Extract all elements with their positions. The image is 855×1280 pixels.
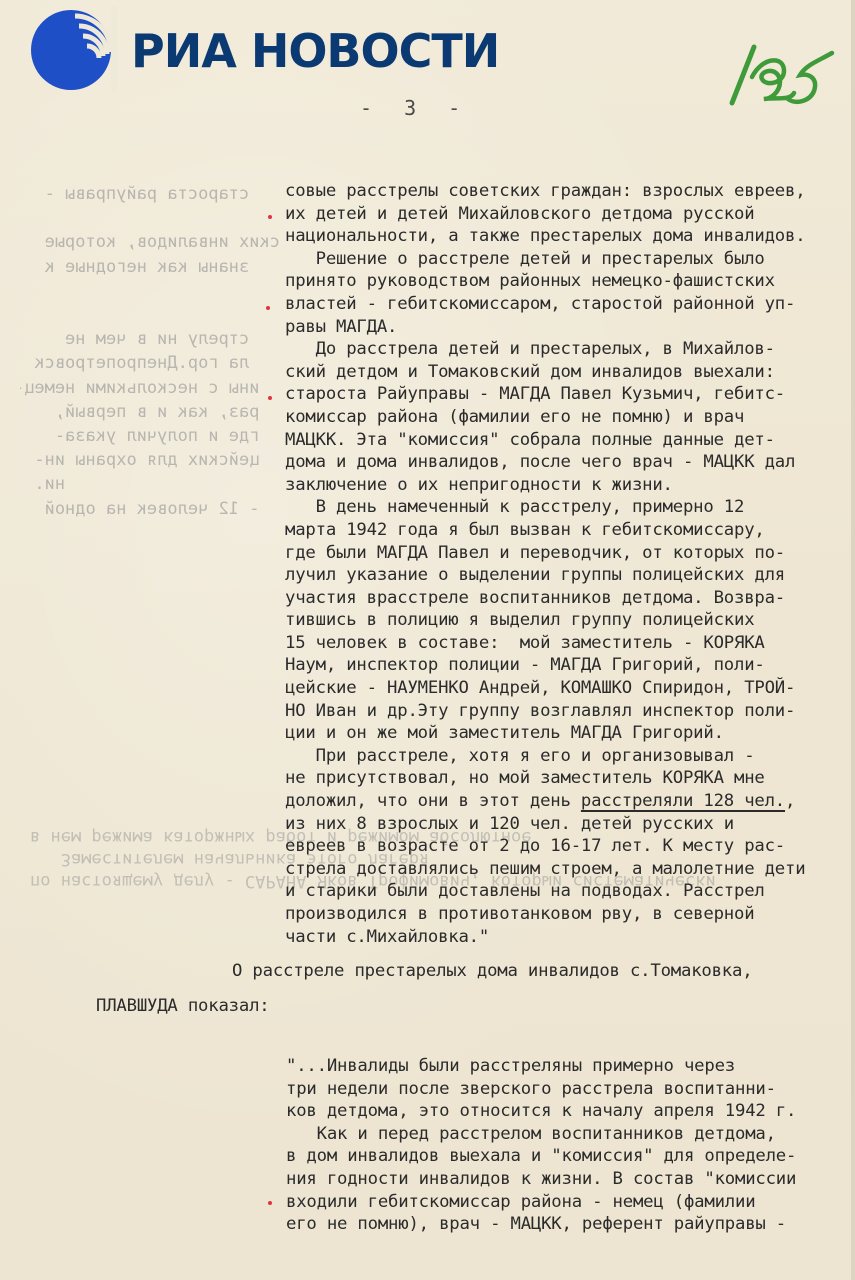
text-line: 15 человек в составе: мой заместитель - …: [285, 632, 805, 655]
text-line: Наум, инспектор полиции - МАГДА Григорий…: [285, 654, 805, 677]
text-line: их детей и детей Михайловского детдома р…: [285, 203, 805, 226]
text-line: доложил, что они в этот день расстреляли…: [285, 790, 805, 813]
text-line: национальности, а также престарелых дома…: [285, 225, 805, 248]
text-line: До расстрела детей и престарелых, в Миха…: [285, 338, 805, 361]
text-line: его не помню), врач - МАЦКК, референт ра…: [286, 1213, 796, 1236]
text-line: ни.: [20, 472, 280, 496]
text-line: раз, как и в первый,: [20, 400, 280, 424]
text-line: ции и он же мой заместитель МАГДА Григор…: [285, 722, 805, 745]
text-line: [20, 206, 280, 230]
ria-globe-icon: [27, 6, 117, 92]
red-mark: [268, 1201, 272, 1205]
text-line: староста райуправы -: [20, 182, 280, 206]
brand-name: РИА НОВОСТИ: [131, 24, 499, 78]
text-line: части с.Михайловка.": [285, 926, 805, 949]
red-mark: [268, 396, 272, 400]
text-line: дома и дома инвалидов, после чего врач -…: [285, 451, 805, 474]
text-line: тившись в полицию я выделил группу полиц…: [285, 609, 805, 632]
text-line: принято руководством районных немецко-фа…: [285, 270, 805, 293]
page-number: - 3 -: [360, 96, 470, 120]
text-line: Как и перед расстрелом воспитанников дет…: [286, 1123, 796, 1146]
red-mark: [266, 306, 270, 310]
text-line: МАЦКК. Эта "комиссия" собрала полные дан…: [285, 429, 805, 452]
text-line: - 12 человек на одной: [20, 497, 280, 521]
text-line: ков детдома, это относится к началу апре…: [286, 1100, 796, 1123]
text-line: в дом инвалидов выехала и "комиссия" для…: [286, 1145, 796, 1168]
text-line: стрелу ни в чем не: [20, 327, 280, 351]
text-line: В день намеченный к расстрелу, примерно …: [285, 496, 805, 519]
text-line: "...Инвалиды были расстреляны примерно ч…: [286, 1055, 796, 1078]
text-line: ины с несколькими немец-: [20, 376, 280, 400]
text-line: совые расстрелы советских граждан: взрос…: [285, 180, 805, 203]
text-line: участия врасстреле воспитанников детдома…: [285, 587, 805, 610]
page-edge: [851, 0, 855, 1280]
bleed-through-text-left: староста райуправы - ских инвалидов, кот…: [20, 182, 280, 521]
text-line: евреев в возрасте от 2 до 16-17 лет. К м…: [285, 835, 805, 858]
text-line: стрела доставлялись пешим строем, а мало…: [285, 858, 805, 881]
text-line: производился в противотанковом рву, в се…: [285, 903, 805, 926]
text-line: и старики были доставлены на подводах. Р…: [285, 880, 805, 903]
ria-novosti-logo: РИА НОВОСТИ: [27, 6, 499, 92]
witness-quote: "...Инвалиды были расстреляны примерно ч…: [286, 1055, 796, 1236]
text-line: марта 1942 года я был вызван к гебитском…: [285, 519, 805, 542]
text-line: [20, 279, 280, 303]
text-line: не присутствовал, но мой заместитель КОР…: [285, 767, 805, 790]
text-line: комиссар района (фамилии его не помню) и…: [285, 406, 805, 429]
text-line: равы МАГДА.: [285, 316, 805, 339]
text-line: знаны как негодные к: [20, 255, 280, 279]
text-line: цейских для охраны ин-: [20, 448, 280, 472]
text-line: три недели после зверского расстрела вос…: [286, 1078, 796, 1101]
underlined-phrase: расстреляли 128 чел.: [581, 791, 785, 811]
text-line: где и получил указа-: [20, 424, 280, 448]
text-line: При расстреле, хотя я его и организовыва…: [285, 745, 805, 768]
text-line: лучил указание о выделении группы полице…: [285, 564, 805, 587]
section-heading: О расстреле престарелых дома инвалидов с…: [232, 960, 752, 983]
testimony-body: совые расстрелы советских граждан: взрос…: [285, 180, 805, 948]
text-line: ла гор.Днепропетровск: [20, 351, 280, 375]
text-line: заключение о их непригодности к жизни.: [285, 474, 805, 497]
red-mark: [268, 215, 272, 219]
text-line: где были МАГДА Павел и переводчик, от ко…: [285, 542, 805, 565]
text-line: из них 8 взрослых и 120 чел. детей русск…: [285, 813, 805, 836]
text-line: ских инвалидов, которые: [20, 230, 280, 254]
text-line: ния годности инвалидов к жизни. В состав…: [286, 1168, 796, 1191]
text-line: староста Райуправы - МАГДА Павел Кузьмич…: [285, 383, 805, 406]
text-line: входили гебитскомиссар района - немец (ф…: [286, 1191, 796, 1214]
witness-intro: ПЛАВШУДА показал:: [96, 995, 269, 1018]
text-line: властей - гебитскомиссаром, старостой ра…: [285, 293, 805, 316]
text-line: Решение о расстреле детей и престарелых …: [285, 248, 805, 271]
text-line: цейские - НАУМЕНКО Андрей, КОМАШКО Спири…: [285, 677, 805, 700]
text-line: [20, 303, 280, 327]
text-line: НО Иван и др.Эту группу возглавлял инспе…: [285, 700, 805, 723]
text-line: ский детдом и Томаковский дом инвалидов …: [285, 361, 805, 384]
handwritten-page-number: [722, 35, 842, 110]
